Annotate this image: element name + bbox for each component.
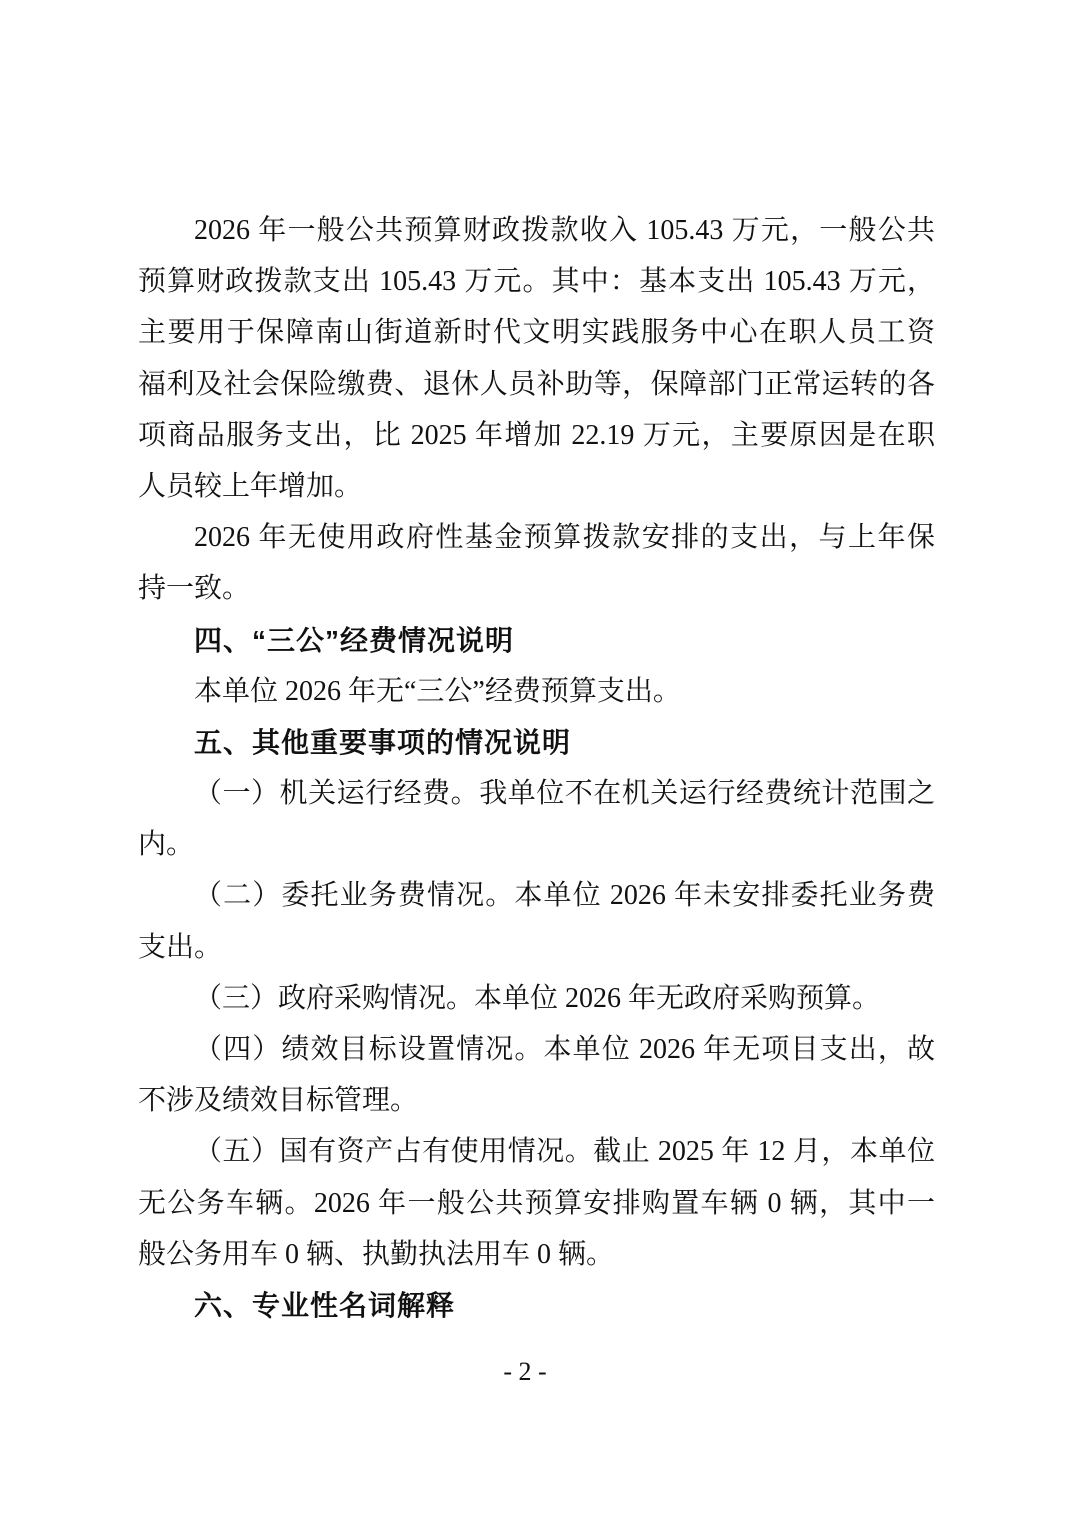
- document-body: 2026 年一般公共预算财政拨款收入 105.43 万元，一般公共 预算财政拨款…: [138, 205, 935, 1331]
- text-line: （四）绩效目标设置情况。本单位 2026 年无项目支出，故: [138, 1024, 935, 1075]
- text-line: 内。: [138, 819, 935, 870]
- body-paragraph: （一）机关运行经费。我单位不在机关运行经费统计范围之 内。: [138, 768, 935, 870]
- text-line: 人员较上年增加。: [138, 461, 935, 512]
- text-line: 无公务车辆。2026 年一般公共预算安排购置车辆 0 辆，其中一: [138, 1178, 935, 1229]
- text-line: 2026 年一般公共预算财政拨款收入 105.43 万元，一般公共: [138, 205, 935, 256]
- section-heading-three-public-funds: 四、“三公”经费情况说明: [138, 615, 935, 666]
- text-line: 预算财政拨款支出 105.43 万元。其中：基本支出 105.43 万元，: [138, 256, 935, 307]
- text-line: 支出。: [138, 922, 935, 973]
- page-number: - 2 -: [0, 1352, 1050, 1392]
- text-line: 本单位 2026 年无“三公”经费预算支出。: [138, 666, 935, 717]
- text-line: 项商品服务支出，比 2025 年增加 22.19 万元，主要原因是在职: [138, 410, 935, 461]
- text-line: 不涉及绩效目标管理。: [138, 1075, 935, 1126]
- heading-text: 五、其他重要事项的情况说明: [138, 717, 935, 768]
- text-line: （五）国有资产占有使用情况。截止 2025 年 12 月，本单位: [138, 1126, 935, 1177]
- section-heading-other-important-items: 五、其他重要事项的情况说明: [138, 717, 935, 768]
- body-paragraph: 2026 年一般公共预算财政拨款收入 105.43 万元，一般公共 预算财政拨款…: [138, 205, 935, 512]
- body-paragraph: 本单位 2026 年无“三公”经费预算支出。: [138, 666, 935, 717]
- body-paragraph: （二）委托业务费情况。本单位 2026 年未安排委托业务费 支出。: [138, 870, 935, 972]
- text-line: 般公务用车 0 辆、执勤执法用车 0 辆。: [138, 1229, 935, 1280]
- heading-text: 六、专业性名词解释: [138, 1280, 935, 1331]
- body-paragraph: 2026 年无使用政府性基金预算拨款安排的支出，与上年保 持一致。: [138, 512, 935, 614]
- text-line: 持一致。: [138, 563, 935, 614]
- body-paragraph: （四）绩效目标设置情况。本单位 2026 年无项目支出，故 不涉及绩效目标管理。: [138, 1024, 935, 1126]
- text-line: 2026 年无使用政府性基金预算拨款安排的支出，与上年保: [138, 512, 935, 563]
- text-line: 主要用于保障南山街道新时代文明实践服务中心在职人员工资: [138, 307, 935, 358]
- section-heading-terminology: 六、专业性名词解释: [138, 1280, 935, 1331]
- body-paragraph: （三）政府采购情况。本单位 2026 年无政府采购预算。: [138, 973, 935, 1024]
- document-page: 2026 年一般公共预算财政拨款收入 105.43 万元，一般公共 预算财政拨款…: [0, 0, 1074, 1520]
- text-line: （三）政府采购情况。本单位 2026 年无政府采购预算。: [138, 973, 935, 1024]
- heading-text: 四、“三公”经费情况说明: [138, 615, 935, 666]
- text-line: （一）机关运行经费。我单位不在机关运行经费统计范围之: [138, 768, 935, 819]
- text-line: （二）委托业务费情况。本单位 2026 年未安排委托业务费: [138, 870, 935, 921]
- text-line: 福利及社会保险缴费、退休人员补助等，保障部门正常运转的各: [138, 359, 935, 410]
- body-paragraph: （五）国有资产占有使用情况。截止 2025 年 12 月，本单位 无公务车辆。2…: [138, 1126, 935, 1280]
